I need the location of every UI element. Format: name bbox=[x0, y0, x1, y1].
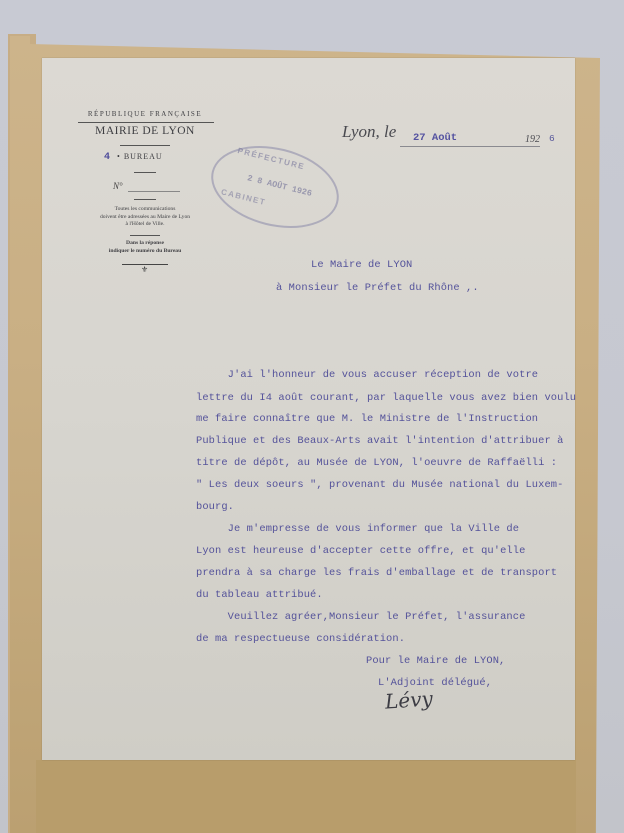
dateline-place: Lyon, le bbox=[342, 122, 396, 142]
body-line: Veuillez agréer,Monsieur le Préfet, l'as… bbox=[196, 611, 525, 623]
letterhead-rule bbox=[134, 172, 156, 173]
letterhead-republique: RÉPUBLIQUE FRANÇAISE bbox=[74, 110, 216, 118]
letterhead-rule bbox=[78, 122, 214, 123]
dateline-year-suffix: 6 bbox=[549, 133, 555, 144]
letterhead-rule bbox=[130, 235, 160, 236]
body-line: du tableau attribué. bbox=[196, 589, 323, 601]
body-line: bourg. bbox=[196, 501, 234, 513]
letterhead-bureau: 4• BUREAU bbox=[104, 152, 163, 163]
dateline-rule bbox=[400, 146, 540, 147]
body-line: Publique et des Beaux-Arts avait l'inten… bbox=[196, 435, 563, 447]
body-line: Je m'empresse de vous informer que la Vi… bbox=[196, 523, 519, 535]
communications-line: à l'Hôtel de Ville. bbox=[74, 221, 216, 229]
letterhead-rule bbox=[134, 199, 156, 200]
body-line: " Les deux soeurs ", provenant du Musée … bbox=[196, 479, 563, 491]
letterhead-mairie: MAIRIE DE LYON bbox=[74, 125, 216, 137]
body-line: lettre du I4 août courant, par laquelle … bbox=[196, 392, 576, 404]
folder-bottom-band bbox=[36, 760, 576, 833]
letterhead-reponse: Dans la réponse indiquer le numéro du Bu… bbox=[74, 240, 216, 255]
closing-line-2: L'Adjoint délégué, bbox=[378, 677, 492, 689]
handwritten-signature: Lévy bbox=[384, 686, 433, 713]
sender-line: Le Maire de LYON bbox=[311, 259, 412, 271]
communications-line: doivent être adressées au Maire de Lyon bbox=[74, 214, 216, 222]
body-line: me faire connaître que M. le Ministre de… bbox=[196, 413, 538, 425]
dateline-day-month: 27 Août bbox=[413, 132, 457, 144]
dateline-year-prefix: 192 bbox=[525, 134, 540, 145]
letterhead-rule bbox=[120, 145, 170, 146]
letterhead-communications: Toutes les communications doivent être a… bbox=[74, 206, 216, 229]
body-line: de ma respectueuse considération. bbox=[196, 633, 405, 645]
bureau-label: • BUREAU bbox=[117, 152, 163, 161]
body-line: Lyon est heureuse d'accepter cette offre… bbox=[196, 545, 525, 557]
body-line: titre de dépôt, au Musée de LYON, l'oeuv… bbox=[196, 457, 557, 469]
recipient-line: à Monsieur le Préfet du Rhône ,. bbox=[276, 282, 479, 294]
bureau-number: 4 bbox=[104, 152, 111, 163]
communications-line: Toutes les communications bbox=[74, 206, 216, 214]
body-line: J'ai l'honneur de vous accuser réception… bbox=[196, 369, 538, 381]
letterhead-numero-line bbox=[128, 191, 180, 192]
closing-line-1: Pour le Maire de LYON, bbox=[366, 655, 505, 667]
reponse-line: indiquer le numéro du Bureau bbox=[74, 248, 216, 256]
body-line: prendra à sa charge les frais d'emballag… bbox=[196, 567, 557, 579]
stamp-bottom-text: CABINET bbox=[220, 187, 267, 207]
letterhead-numero-label: N° bbox=[113, 181, 123, 191]
fleur-de-lis-icon: ⚜ bbox=[141, 265, 148, 274]
reponse-line: Dans la réponse bbox=[74, 240, 216, 248]
